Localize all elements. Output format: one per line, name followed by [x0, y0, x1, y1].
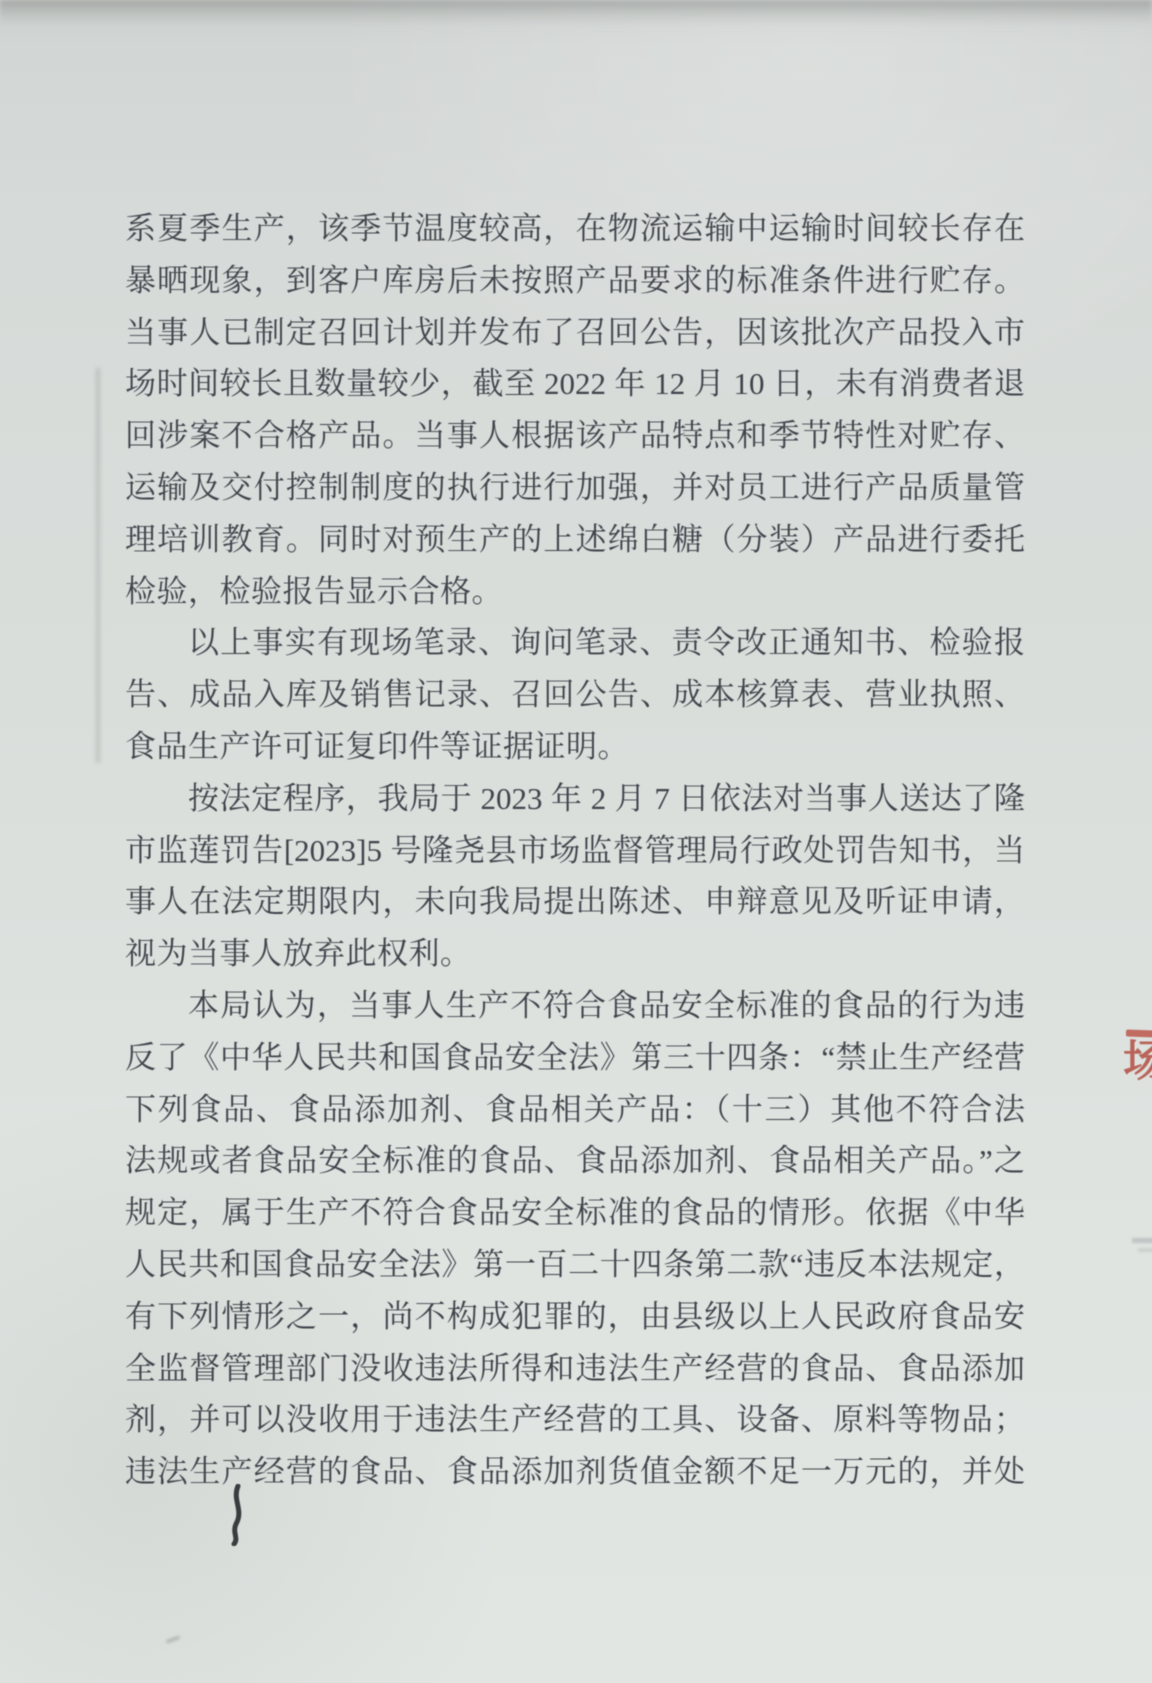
text-line: 本局认为，当事人生产不符合食品安全标准的食品的行为违: [125, 980, 1025, 1032]
ink-smudge: [228, 1484, 252, 1546]
faint-marking: [1138, 1248, 1152, 1252]
text-line: 食品生产许可证复印件等证据证明。: [125, 721, 1025, 773]
text-line: 理培训教育。同时对预生产的上述绵白糖（分装）产品进行委托: [125, 514, 1025, 566]
text-line: 全监督管理部门没收违法所得和违法生产经营的食品、食品添加: [125, 1343, 1025, 1395]
text-line: 系夏季生产，该季节温度较高，在物流运输中运输时间较长存在: [125, 203, 1025, 255]
text-line: 人民共和国食品安全法》第一百二十四条第二款“违反本法规定，: [125, 1239, 1025, 1291]
text-line: 事人在法定期限内，未向我局提出陈述、申辩意见及听证申请，: [125, 876, 1025, 928]
seal-character: 场: [1123, 1040, 1152, 1084]
document-text-block: 系夏季生产，该季节温度较高，在物流运输中运输时间较长存在暴晒现象，到客户库房后未…: [125, 203, 1025, 1498]
text-line: 告、成品入库及销售记录、召回公告、成本核算表、营业执照、: [125, 669, 1025, 721]
scanned-document-page: 系夏季生产，该季节温度较高，在物流运输中运输时间较长存在暴晒现象，到客户库房后未…: [0, 0, 1152, 1683]
scan-shading-top: [0, 0, 1152, 26]
scan-streak: [96, 368, 100, 763]
text-line: 规定，属于生产不符合食品安全标准的食品的情形。依据《中华: [125, 1187, 1025, 1239]
text-line: 暴晒现象，到客户库房后未按照产品要求的标准条件进行贮存。: [125, 255, 1025, 307]
text-line: 剂，并可以没收用于违法生产经营的工具、设备、原料等物品；: [125, 1394, 1025, 1446]
seal-star-icon: [1128, 1110, 1152, 1200]
text-line: 有下列情形之一，尚不构成犯罪的，由县级以上人民政府食品安: [125, 1291, 1025, 1343]
text-line: 回涉案不合格产品。当事人根据该产品特点和季节特性对贮存、: [125, 410, 1025, 462]
text-line: 按法定程序，我局于 2023 年 2 月 7 日依法对当事人送达了隆: [125, 773, 1025, 825]
paper-speck: [166, 1636, 180, 1644]
text-line: 违法生产经营的食品、食品添加剂货值金额不足一万元的，并处: [125, 1446, 1025, 1498]
text-line: 市监莲罚告[2023]5 号隆尧县市场监督管理局行政处罚告知书，当: [125, 825, 1025, 877]
faint-marking: [1132, 1238, 1152, 1243]
text-line: 运输及交付控制制度的执行进行加强，并对员工进行产品质量管: [125, 462, 1025, 514]
text-line: 下列食品、食品添加剂、食品相关产品：（十三）其他不符合法律、: [125, 1084, 1025, 1136]
text-line: 法规或者食品安全标准的食品、食品添加剂、食品相关产品。”之: [125, 1135, 1025, 1187]
text-line: 视为当事人放弃此权利。: [125, 928, 1025, 980]
official-seal-fragment: 场: [1118, 1018, 1152, 1268]
text-line: 反了《中华人民共和国食品安全法》第三十四条：“禁止生产经营: [125, 1032, 1025, 1084]
text-line: 检验，检验报告显示合格。: [125, 566, 1025, 618]
text-line: 场时间较长且数量较少，截至 2022 年 12 月 10 日，未有消费者退: [125, 358, 1025, 410]
text-line: 以上事实有现场笔录、询问笔录、责令改正通知书、检验报: [125, 617, 1025, 669]
text-line: 当事人已制定召回计划并发布了召回公告，因该批次产品投入市: [125, 307, 1025, 359]
